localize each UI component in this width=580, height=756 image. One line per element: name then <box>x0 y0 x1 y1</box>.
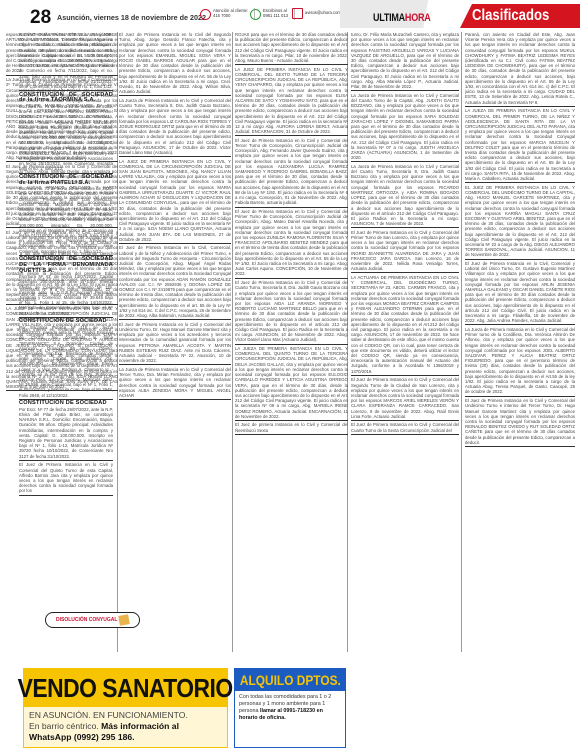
legal-notice: El Juez de Primera Instancia en lo Civil… <box>351 230 459 274</box>
legal-notice: El Juez de Primera Instancia en lo Civil… <box>351 377 459 421</box>
legal-notice: LA JUEZ DE PRIMERA INSTANCIA EN LO CIVIL… <box>119 159 231 244</box>
contact-whatsapp: Escribinos al0981 111 013 <box>250 8 295 20</box>
notice-body: esposos CYNTHIA MARIA DUARTE VILLALBA y … <box>6 32 118 73</box>
mail-icon <box>292 8 303 19</box>
notice-body: La Jueza de Primera Instancia en lo Civi… <box>119 367 231 398</box>
legal-notice: La Jueza de Primera Instancia en lo Civi… <box>465 327 575 397</box>
legal-notice: El Juez de Primera Instancia en lo Civil… <box>235 209 348 279</box>
ad-vendo-sanatorio: VENDO SANATORIO EN ASUNCIÓN. EN FUNCIONA… <box>23 668 228 748</box>
ad-line: EN ASUNCIÓN. EN FUNCIONAMIENTO. <box>29 710 222 721</box>
brand-prefix: ULTIMA <box>373 12 405 24</box>
ad-line-bold: Más información al <box>101 721 179 731</box>
section-banner-label: DISOLUCIÓN CONYUGAL <box>56 617 117 623</box>
legal-notice: El Juez de Primera Instancia en lo Civil… <box>465 261 575 325</box>
section-title: Clasificados <box>472 7 549 25</box>
notice-body: El Juez de Primera Instancia en lo Civil… <box>465 261 575 323</box>
notice-body: El Juez de Primera Instancia en lo Civil… <box>119 245 231 318</box>
notice-body: La Jueza de Primera Instancia en lo Civi… <box>351 164 459 226</box>
notice-body: El Juez de Primera Instancia en lo Civil… <box>235 209 348 276</box>
ad-body: Con todas las comodidades para 1 o 2 per… <box>235 691 345 725</box>
column-2: esposos CYNTHIA MARIA DUARTE VILLALBA y … <box>6 32 118 644</box>
legal-notice: EL JUEZ DE PRIMERA INSTANCIA EN LO CIVIL… <box>465 185 575 260</box>
section-banner-disolucion: DISOLUCIÓN CONYUGAL <box>45 612 140 628</box>
notice-body: LA JUEZA DE PRIMERA INSTANCIA EN LO CIVI… <box>465 108 575 181</box>
legal-notice: La Jueza de Primera Instancia en lo Civi… <box>6 77 118 162</box>
brand-suffix: HORA <box>405 12 431 24</box>
notice-body: LA JUEZ DE PRIMERA INSTANCIA EN LO CIVIL… <box>6 306 118 389</box>
column-5: turno, Dr. Félix María Muzacheli Cantero… <box>351 32 459 748</box>
legal-notice: LA JUEZA DE PRIMERA INSTANCIA EN LO CIVI… <box>465 108 575 183</box>
legal-notice: El Juez de Primera Instancia en lo Civil… <box>235 280 348 344</box>
whatsapp-icon <box>250 9 261 20</box>
page-header: 28 Asunción, viernes 18 de noviembre de … <box>0 0 580 28</box>
notice-body: La Jueza de Primera Instancia en lo Civi… <box>119 98 231 155</box>
pencil-note-icon <box>118 614 130 626</box>
legal-notice: ROJAS para que en el término de 30 días … <box>235 32 348 65</box>
legal-notice: El Juez de Primera Instancia en lo Civil… <box>235 138 348 208</box>
legal-notice: El Juez de Primera Instancia en lo Civil… <box>351 422 459 434</box>
notice-body: El Juez de Primera Instancia en lo Civil… <box>351 422 459 432</box>
notice-body: El Juez de Primera Instancia en lo Civil… <box>6 230 118 303</box>
legal-notice: El Juez de Primera Instancia en lo Civil… <box>6 164 118 228</box>
legal-notice: El Juez de Primera Instancia en lo Civil… <box>119 245 231 320</box>
legal-notice: El Juez de Primera Instancia en lo Civil… <box>465 398 575 447</box>
column-3: El Juez de Primera Instancia en lo Civil… <box>119 32 231 644</box>
phone-icon <box>200 9 211 20</box>
notice-body: LA ACTUARIA DE PRIMERA INSTANCIA EN LO C… <box>351 275 459 374</box>
contact-value: 0981 111 013 <box>263 14 288 19</box>
legal-notice: La Jueza de Primera Instancia en lo Civi… <box>119 367 231 400</box>
ad-alquilo-dptos: ALQUILO DPTOS. Con todas las comodidades… <box>234 668 346 748</box>
ad-title: VENDO SANATORIO <box>18 673 233 704</box>
legal-notice: La Jueza de Primera Instancia en lo Civi… <box>351 93 459 163</box>
legal-notice: El Juez de Primera Instancia en lo Civil… <box>6 230 118 305</box>
column-6: Paraná, con asiento en Ciudad del Este, … <box>465 32 575 748</box>
legal-notice: turno, Dr. Félix María Muzacheli Cantero… <box>351 32 459 91</box>
legal-notice: esposos CYNTHIA MARIA DUARTE VILLALBA y … <box>6 32 118 76</box>
notice-body: El Juez de Primera Instancia en lo Civil… <box>6 164 118 226</box>
legal-notice: Paraná, con asiento en Ciudad del Este, … <box>465 32 575 107</box>
legal-notice: LA ACTUARIA DE PRIMERA INSTANCIA EN LO C… <box>351 275 459 376</box>
legal-notice: El Juez de Primera Instancia en lo Civil… <box>119 32 231 96</box>
contact-email: avisos@uhora.com.py <box>292 8 347 19</box>
page-number: 28 <box>30 7 51 29</box>
notice-body: La Jueza de Primera Instancia en lo Civi… <box>465 327 575 394</box>
contact-value: 415 7000 <box>213 14 248 19</box>
legal-notice: LA JUEZA DE PRIMERA INSTANCIA EN LO CIVI… <box>235 346 348 421</box>
notice-body: El Juez de primera Instancia en lo Civil… <box>235 422 348 432</box>
ad-band: ALQUILO DPTOS. <box>235 669 345 691</box>
notice-body: ROJAS para que en el término de 30 días … <box>235 32 348 63</box>
legal-notice: El Juez de primera Instancia en lo Civil… <box>235 422 348 434</box>
notice-body: LA JUEZ DE PRIMERA INSTANCIA EN LO CIVIL… <box>235 67 348 134</box>
notice-body: El Juez de Primera Instancia en lo Civil… <box>235 138 348 205</box>
contact-phone: Atención al cliente:415 7000 <box>200 8 255 20</box>
column-4: ROJAS para que en el término de 30 días … <box>235 32 348 752</box>
notice-body: turno, Dr. Félix María Muzacheli Cantero… <box>351 32 459 89</box>
notice-body: El Juez de Primera Instancia en lo Civil… <box>351 230 459 271</box>
notice-body: El Juez de Primera Instancia en lo Civil… <box>465 398 575 445</box>
notice-body: LA JUEZA DE PRIMERA INSTANCIA EN LO CIVI… <box>235 346 348 419</box>
legal-notice: La Jueza de Primera Instancia en lo Civi… <box>351 164 459 228</box>
notice-body: EL JUEZ DE PRIMERA INSTANCIA EN LO CIVIL… <box>465 185 575 258</box>
notice-body: La Jueza de Primera Instancia en lo Civi… <box>6 77 118 160</box>
legal-notice: El Juez de Primera Instancia en lo Civil… <box>119 322 231 366</box>
ad-body: EN ASUNCIÓN. EN FUNCIONAMIENTO. En barri… <box>24 707 227 746</box>
legal-notice: La Jueza de Primera Instancia en lo Civi… <box>119 98 231 157</box>
legal-notice: LA JUEZ DE PRIMERA INSTANCIA EN LO CIVIL… <box>6 306 118 391</box>
notice-body: El Juez de Primera Instancia en lo Civil… <box>119 322 231 363</box>
brand-logo: ULTIMAHORA <box>373 12 431 24</box>
notice-body: Paraná, con asiento en Ciudad del Este, … <box>465 32 575 105</box>
ad-band: VENDO SANATORIO <box>24 669 227 707</box>
legal-notice: LA JUEZ DE PRIMERA INSTANCIA EN LO CIVIL… <box>235 67 348 137</box>
ad-whatsapp: WhatsApp (0992) 295 186. <box>29 732 135 742</box>
notice-body: El Juez de Primera Instancia en lo Civil… <box>235 280 348 342</box>
ad-title: ALQUILO DPTOS. <box>240 672 341 688</box>
notice-body: El Juez de Primera Instancia en lo Civil… <box>119 32 231 94</box>
notice-body: LA JUEZ DE PRIMERA INSTANCIA EN LO CIVIL… <box>119 159 231 242</box>
ad-line: En barrio céntrico. <box>29 721 99 731</box>
notice-body: El Juez de Primera Instancia en lo Civil… <box>351 377 459 418</box>
notice-body: La Jueza de Primera Instancia en lo Civi… <box>351 93 459 160</box>
dateline: Asunción, viernes 18 de noviembre de 202… <box>57 13 206 22</box>
